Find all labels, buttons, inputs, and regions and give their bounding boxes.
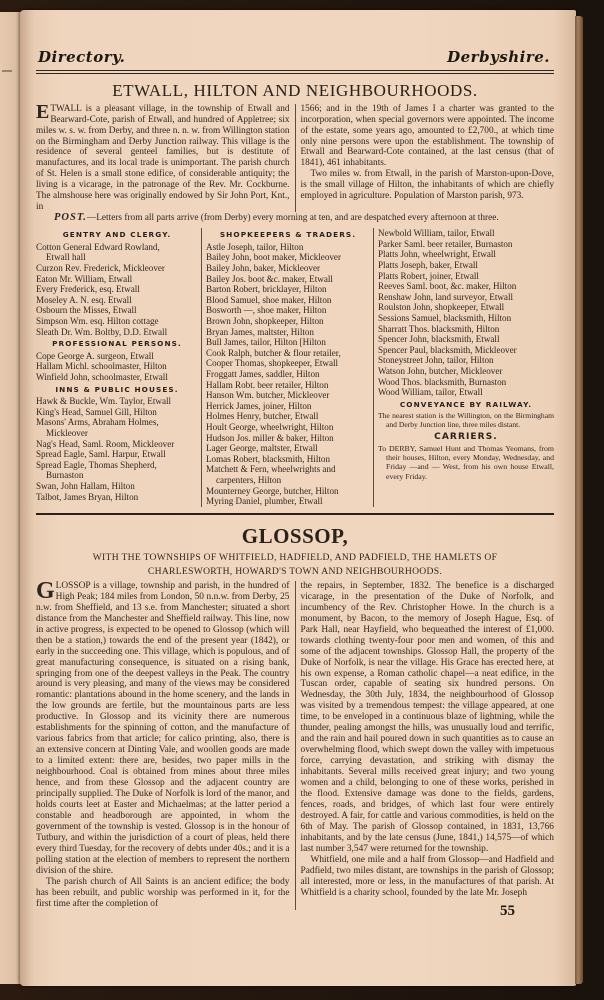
entry-text: Eaton Mr. William, Etwall [36,274,132,284]
directory-entry: Bull James, tailor, Hilton [Hilton [206,337,370,348]
directory-entry: Sharratt Thos. blacksmith, Hilton [378,324,554,335]
entry-text: Platts Robert, joiner, Etwall [378,271,479,281]
entry-text: Bailey John, baker, Mickleover [206,263,320,273]
glossop-para-3: the repairs, in September, 1832. The ben… [301,581,555,854]
entry-continuation: carpenters, Hilton [206,475,370,486]
entry-text: Spencer Paul, blacksmith, Mickleover [378,345,517,355]
carriers-note: To DERBY, Samuel Hunt and Thomas Yeomans… [378,444,554,481]
directory-entry: Every Frederick, esq. Etwall [36,284,198,295]
directory-entry: Platts John, wheelwright, Etwall [378,249,554,260]
entry-text: Cooper Thomas, shopkeeper, Etwall [206,358,338,368]
directory-entry: Froggatt James, saddler, Hilton [206,369,370,380]
entry-text: Curzon Rev. Frederick, Mickleover [36,263,165,273]
drop-cap: E [36,105,49,119]
directory-entry: Nag's Head, Saml. Room, Mickleover [36,439,198,450]
directory-entry: Wood William, tailor, Etwall [378,387,554,398]
page-number: 55 [500,903,515,920]
etwall-section-title: ETWALL, HILTON AND NEIGHBOURHOODS. [36,81,554,101]
directory-entry: Wood Thos. blacksmith, Burnaston [378,377,554,388]
entry-text: Lager George, maltster, Etwall [206,443,318,453]
directory-entry: Spencer Paul, blacksmith, Mickleover [378,345,554,356]
directory-entry: Moseley A. N. esq. Etwall [36,295,198,306]
directory-entry: Sessions Samuel, blacksmith, Hilton [378,313,554,324]
directory-entry: Cotton General Edward Rowland,Etwall hal… [36,242,198,263]
entry-text: Osbourn the Misses, Etwall [36,305,137,315]
entry-text: Myring Daniel, plumber, Etwall [206,496,323,506]
etwall-directory: GENTRY AND CLERGY. Cotton General Edward… [36,228,554,506]
directory-entry: Sleath Dr. Wm. Boltby, D.D. Etwall [36,327,198,338]
entry-text: Hallam Robt. beer retailer, Hilton [206,380,328,390]
entry-text: Wood Thos. blacksmith, Burnaston [378,377,506,387]
entry-text: Parker Saml. beer retailer, Burnaston [378,239,512,249]
directory-entry: Hallam Robt. beer retailer, Hilton [206,380,370,391]
entry-text: Spread Eagle, Thomas Shepherd, [36,460,157,470]
directory-entry: Hudson Jos. miller & baker, Hilton [206,433,370,444]
directory-entry: Newbold William, tailor, Etwall [378,228,554,239]
entry-text: Sessions Samuel, blacksmith, Hilton [378,313,511,323]
directory-entry: Cook Ralph, butcher & flour retailer, [206,348,370,359]
glossop-subtitle-line-1: WITH THE TOWNSHIPS OF WHITFIELD, HADFIEL… [93,552,498,563]
directory-entry: Brown John, shopkeeper, Hilton [206,316,370,327]
post-text: —Letters from all parts arrive (from Der… [87,213,499,223]
running-head-right: Derbyshire. [447,48,550,66]
entry-text: Cotton General Edward Rowland, [36,242,160,252]
etwall-intro-left: ETWALL is a pleasant village, in the tow… [36,104,296,212]
directory-entry: Simpson Wm. esq. Hilton cottage [36,316,198,327]
category-heading-shopkeepers: SHOPKEEPERS & TRADERS. [206,230,370,241]
entry-text: Blood Samuel, shoe maker, Hilton [206,295,331,305]
entry-text: Spread Eagle, Saml. Harpur, Etwall [36,449,166,459]
entry-text: Nag's Head, Saml. Room, Mickleover [36,439,174,449]
traders-continued-list: Newbold William, tailor, EtwallParker Sa… [378,228,554,398]
entry-text: Froggatt James, saddler, Hilton [206,369,320,379]
shopkeepers-list: Astle Joseph, tailor, HiltonBailey John,… [206,242,370,507]
header-rule [36,70,554,71]
entry-text: Masons' Arms, Abraham Holmes, [36,417,159,427]
category-heading-railway: CONVEYANCE BY RAILWAY. [378,400,554,411]
directory-entry: Platts Robert, joiner, Etwall [378,271,554,282]
directory-column-3: Newbold William, tailor, EtwallParker Sa… [374,228,554,506]
page-content: Directory. Derbyshire. ETWALL, HILTON AN… [36,38,554,910]
directory-entry: Talbot, James Bryan, Hilton [36,492,198,503]
directory-entry: Bosworth —, shoe maker, Hilton [206,305,370,316]
header-rule-thin [36,73,554,74]
directory-entry: Holmes Henry, butcher, Etwall [206,411,370,422]
entry-text: Cook Ralph, butcher & flour retailer, [206,348,341,358]
directory-entry: Spread Eagle, Saml. Harpur, Etwall [36,449,198,460]
entry-continuation: Mickleover [36,428,198,439]
directory-entry: Hoult George, wheelwright, Hilton [206,422,370,433]
running-head-left: Directory. [38,48,125,66]
entry-text: Moseley A. N. esq. Etwall [36,295,132,305]
entry-text: Stoneystreet John, tailor, Hilton [378,355,494,365]
directory-entry: Hanson Wm. butcher, Mickleover [206,390,370,401]
etwall-intro-text: TWALL is a pleasant village, in the town… [36,104,290,212]
entry-text: Matchett & Fern, wheelwrights and [206,464,336,474]
running-head: Directory. Derbyshire. [36,38,554,68]
entry-text: Hoult George, wheelwright, Hilton [206,422,333,432]
entry-text: Bailey Jos. boot &c. maker, Etwall [206,274,333,284]
entry-text: Mounterney George, butcher, Hilton [206,486,339,496]
glossop-para-4: Whitfield, one mile and a half from Glos… [301,855,555,899]
entry-text: Wood William, tailor, Etwall [378,387,483,397]
directory-entry: Masons' Arms, Abraham Holmes,Mickleover [36,417,198,438]
directory-entry: Matchett & Fern, wheelwrights andcarpent… [206,464,370,485]
gentry-list: Cotton General Edward Rowland,Etwall hal… [36,242,198,337]
directory-entry: Lager George, maltster, Etwall [206,443,370,454]
entry-text: Talbot, James Bryan, Hilton [36,492,138,502]
etwall-intro: ETWALL is a pleasant village, in the tow… [36,104,554,212]
glossop-para-2: The parish church of All Saints is an an… [36,877,290,910]
directory-entry: Osbourn the Misses, Etwall [36,305,198,316]
directory-entry: Bailey John, boot maker, Mickleover [206,252,370,263]
entry-text: Spencer John, blacksmith, Etwall [378,334,499,344]
entry-text: Reeves Saml. boot, &c. maker, Hilton [378,281,516,291]
entry-text: Winfield John, schoolmaster, Etwall [36,372,168,382]
entry-text: Platts Joseph, baker, Etwall [378,260,478,270]
entry-continuation: Burnaston [36,470,198,481]
directory-entry: Swan, John Hallam, Hilton [36,481,198,492]
page-stack-edge [575,16,583,984]
category-heading-professional: PROFESSIONAL PERSONS. [36,339,198,350]
directory-entry: King's Head, Samuel Gill, Hilton [36,407,198,418]
post-notice: POST.—Letters from all parts arrive (fro… [36,213,554,224]
etwall-intro-right: 1566; and in the 19th of James I a chart… [296,104,555,212]
entry-text: Bryan James, maltster, Hilton [206,327,314,337]
directory-entry: Cooper Thomas, shopkeeper, Etwall [206,358,370,369]
entry-continuation: Etwall hall [36,252,198,263]
directory-entry: Cope George A. surgeon, Etwall [36,351,198,362]
entry-text: Holmes Henry, butcher, Etwall [206,411,318,421]
entry-text: Hawk & Buckle, Wm. Taylor, Etwall [36,396,171,406]
entry-text: Platts John, wheelwright, Etwall [378,249,496,259]
directory-entry: Parker Saml. beer retailer, Burnaston [378,239,554,250]
glossop-subtitle-line-2: CHARLESWORTH, HOWARD'S TOWN AND NEIGHBOU… [148,566,442,577]
directory-entry: Myring Daniel, plumber, Etwall [206,496,370,507]
entry-text: Sharratt Thos. blacksmith, Hilton [378,324,499,334]
entry-text: Brown John, shopkeeper, Hilton [206,316,324,326]
section-divider [36,513,554,515]
etwall-history-text: 1566; and in the 19th of James I a chart… [301,104,555,168]
directory-entry: Herrick James, joiner, Hilton [206,401,370,412]
glossop-para-1: LOSSOP is a village, township and parish… [36,581,290,876]
category-heading-inns: INNS & PUBLIC HOUSES. [36,385,198,396]
entry-text: Herrick James, joiner, Hilton [206,401,311,411]
directory-entry: Winfield John, schoolmaster, Etwall [36,372,198,383]
entry-text: Simpson Wm. esq. Hilton cottage [36,316,159,326]
entry-text: Newbold William, tailor, Etwall [378,228,495,238]
entry-text: Hallam Michl. schoolmaster, Hilton [36,361,167,371]
inns-list: Hawk & Buckle, Wm. Taylor, EtwallKing's … [36,396,198,502]
directory-entry: Mounterney George, butcher, Hilton [206,486,370,497]
entry-text: Hanson Wm. butcher, Mickleover [206,390,329,400]
entry-text: Renshaw John, land surveyor, Etwall [378,292,513,302]
entry-text: Astle Joseph, tailor, Hilton [206,242,303,252]
glossop-body: GLOSSOP is a village, township and paris… [36,581,554,910]
directory-entry: Lomas Robert, blacksmith, Hilton [206,454,370,465]
entry-text: Barton Robert, bricklayer, Hilton [206,284,327,294]
directory-entry: Reeves Saml. boot, &c. maker, Hilton [378,281,554,292]
directory-entry: Blood Samuel, shoe maker, Hilton [206,295,370,306]
directory-entry: Hawk & Buckle, Wm. Taylor, Etwall [36,396,198,407]
directory-entry: Roulston John, shopkeeper, Etwall [378,302,554,313]
directory-entry: Hallam Michl. schoolmaster, Hilton [36,361,198,372]
category-heading-carriers: CARRIERS. [378,432,554,443]
directory-entry: Spread Eagle, Thomas Shepherd,Burnaston [36,460,198,481]
entry-text: Sleath Dr. Wm. Boltby, D.D. Etwall [36,327,167,337]
entry-text: Cope George A. surgeon, Etwall [36,351,154,361]
glossop-section-title: GLOSSOP, [36,524,554,549]
directory-entry: Eaton Mr. William, Etwall [36,274,198,285]
directory-column-2: SHOPKEEPERS & TRADERS. Astle Joseph, tai… [202,228,374,506]
directory-entry: Curzon Rev. Frederick, Mickleover [36,263,198,274]
entry-text: Bull James, tailor, Hilton [Hilton [206,337,326,347]
directory-entry: Spencer John, blacksmith, Etwall [378,334,554,345]
entry-text: Bosworth —, shoe maker, Hilton [206,305,326,315]
directory-entry: Barton Robert, bricklayer, Hilton [206,284,370,295]
glossop-right-column: the repairs, in September, 1832. The ben… [296,581,555,910]
glossop-subtitle: WITH THE TOWNSHIPS OF WHITFIELD, HADFIEL… [36,551,554,580]
professional-list: Cope George A. surgeon, EtwallHallam Mic… [36,351,198,383]
entry-text: Watson John, butcher, Mickleover [378,366,502,376]
hilton-text: Two miles w. from Etwall, in the parish … [301,169,555,202]
glossop-left-column: GLOSSOP is a village, township and paris… [36,581,296,910]
entry-text: Lomas Robert, blacksmith, Hilton [206,454,330,464]
directory-entry: Bryan James, maltster, Hilton [206,327,370,338]
directory-entry: Bailey Jos. boot &c. maker, Etwall [206,274,370,285]
drop-cap: G [36,582,55,600]
directory-entry: Watson John, butcher, Mickleover [378,366,554,377]
entry-text: Bailey John, boot maker, Mickleover [206,252,341,262]
entry-text: Every Frederick, esq. Etwall [36,284,140,294]
entry-text: King's Head, Samuel Gill, Hilton [36,407,157,417]
post-label: POST. [54,212,87,223]
category-heading-gentry: GENTRY AND CLERGY. [36,230,198,241]
directory-entry: Bailey John, baker, Mickleover [206,263,370,274]
railway-note: The nearest station is the Willington, o… [378,411,554,429]
entry-text: Hudson Jos. miller & baker, Hilton [206,433,334,443]
directory-column-1: GENTRY AND CLERGY. Cotton General Edward… [36,228,202,506]
directory-entry: Stoneystreet John, tailor, Hilton [378,355,554,366]
directory-entry: Renshaw John, land surveyor, Etwall [378,292,554,303]
entry-text: Roulston John, shopkeeper, Etwall [378,302,504,312]
entry-text: Swan, John Hallam, Hilton [36,481,135,491]
directory-entry: Platts Joseph, baker, Etwall [378,260,554,271]
directory-entry: Astle Joseph, tailor, Hilton [206,242,370,253]
